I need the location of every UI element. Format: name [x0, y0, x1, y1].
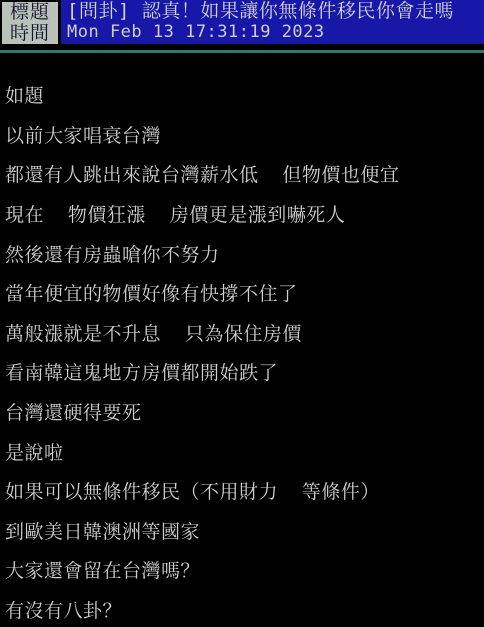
title-field-label: 標題 — [5, 2, 55, 23]
body-line: 到歐美日韓澳洲等國家 — [5, 511, 484, 551]
article-title: [問卦] 認真！如果讓你無條件移民你會走嗎 — [67, 1, 484, 22]
body-line: 大家還會留在台灣嗎？ — [5, 550, 484, 590]
body-line: 當年便宜的物價好像有快撐不住了 — [5, 273, 484, 313]
body-line: 然後還有房蟲嗆你不努力 — [5, 233, 484, 273]
header-value-column: [問卦] 認真！如果讓你無條件移民你會走嗎 Mon Feb 13 17:31:1… — [61, 0, 484, 44]
body-line: 有沒有八卦？ — [5, 590, 484, 627]
body-line: 看南韓這鬼地方房價都開始跌了 — [5, 352, 484, 392]
header-label-column: 標題 時間 — [2, 2, 58, 44]
article-header: 標題 時間 [問卦] 認真！如果讓你無條件移民你會走嗎 Mon Feb 13 1… — [0, 0, 484, 45]
article-timestamp: Mon Feb 13 17:31:19 2023 — [67, 22, 484, 42]
ptt-article-view: 標題 時間 [問卦] 認真！如果讓你無條件移民你會走嗎 Mon Feb 13 1… — [0, 0, 484, 627]
body-line: 都還有人跳出來說台灣薪水低 但物價也便宜 — [5, 154, 484, 194]
body-line: 萬般漲就是不升息 只為保住房價 — [5, 313, 484, 353]
body-line: 是說啦 — [5, 431, 484, 471]
time-field-label: 時間 — [5, 23, 55, 44]
body-line: 現在 物價狂漲 房價更是漲到嚇死人 — [5, 194, 484, 234]
body-line: 以前大家唱衰台灣 — [5, 115, 484, 155]
body-line: 台灣還硬得要死 — [5, 392, 484, 432]
body-line: 如果可以無條件移民（不用財力 等條件） — [5, 471, 484, 511]
article-body: 如題 以前大家唱衰台灣 都還有人跳出來說台灣薪水低 但物價也便宜 現在 物價狂漲… — [0, 53, 484, 627]
body-line: 如題 — [5, 75, 484, 115]
